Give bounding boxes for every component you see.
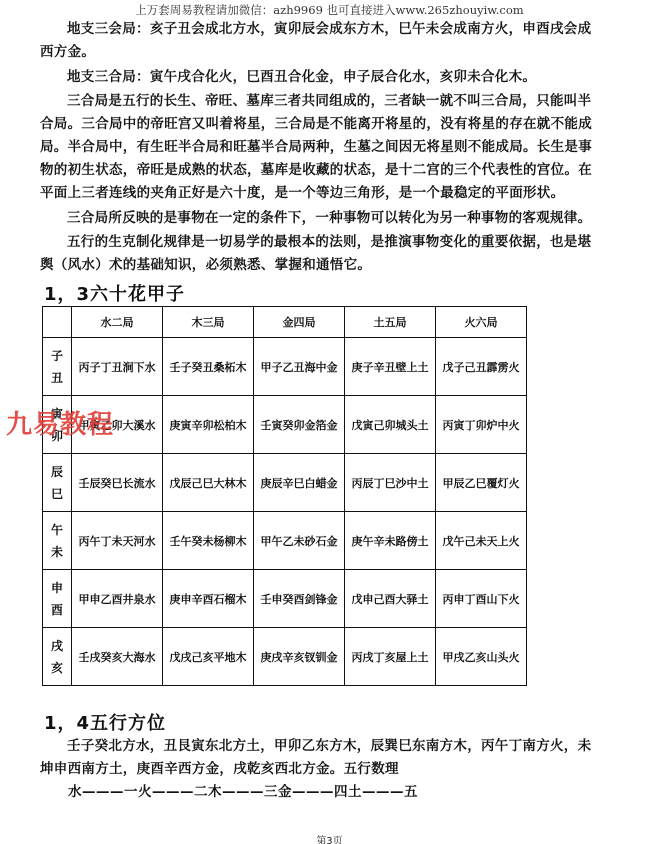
header-corner <box>43 307 72 338</box>
table-cell: 戊子己丑霹雳火 <box>436 338 527 396</box>
table-cell: 庚子辛丑壁上土 <box>345 338 436 396</box>
table-cell: 庚午辛未路傍土 <box>345 512 436 570</box>
table-cell: 丙戌丁亥屋上土 <box>345 628 436 686</box>
sanhui-paragraph: 地支三会局：亥子丑会成北方水，寅卯辰会成东方木，巳午未会成南方火，申酉戌会成西方… <box>40 18 600 64</box>
table-cell: 壬戌癸亥大海水 <box>72 628 163 686</box>
header-metal: 金四局 <box>254 307 345 338</box>
table-cell: 丙申丁酉山下火 <box>436 570 527 628</box>
nayin-table: 水二局 木三局 金四局 土五局 火六局 子丑 丙子丁丑涧下水 壬子癸丑桑柘木 甲… <box>42 306 527 686</box>
table-cell: 丙午丁未天河水 <box>72 512 163 570</box>
branch-label: 申酉 <box>43 570 72 628</box>
table-cell: 壬寅癸卯金箔金 <box>254 396 345 454</box>
table-cell: 戊申己酉大驿土 <box>345 570 436 628</box>
table-cell: 庚申辛酉石榴木 <box>163 570 254 628</box>
transformation-paragraph: 三合局所反映的是事物在一定的条件下，一种事物可以转化为另一种事物的客观规律。 <box>40 207 600 230</box>
table-row: 子丑 丙子丁丑涧下水 壬子癸丑桑柘木 甲子乙丑海中金 庚子辛丑壁上土 戊子己丑霹… <box>43 338 527 396</box>
table-row: 午未 丙午丁未天河水 壬午癸未杨柳木 甲午乙未砂石金 庚午辛未路傍土 戊午己未天… <box>43 512 527 570</box>
branch-label: 子丑 <box>43 338 72 396</box>
table-cell: 戊寅己卯城头土 <box>345 396 436 454</box>
table-cell: 庚戌辛亥钗钏金 <box>254 628 345 686</box>
table-cell: 戊辰己巳大林木 <box>163 454 254 512</box>
logo-watermark: 九易教程 <box>6 404 114 441</box>
table-cell: 壬午癸未杨柳木 <box>163 512 254 570</box>
section-title-liushi-jiazi: 1，3六十花甲子 <box>44 280 185 306</box>
header-water: 水二局 <box>72 307 163 338</box>
header-fire: 火六局 <box>436 307 527 338</box>
table-cell: 戊戌己亥平地木 <box>163 628 254 686</box>
page-number: 第3页 <box>0 832 659 844</box>
branch-label: 戌亥 <box>43 628 72 686</box>
branch-label: 午未 <box>43 512 72 570</box>
table-row: 寅卯 甲寅乙卯大溪水 庚寅辛卯松柏木 壬寅癸卯金箔金 戊寅己卯城头土 丙寅丁卯炉… <box>43 396 527 454</box>
section-title-wuxing-fangwei: 1，4五行方位 <box>44 709 166 735</box>
table-cell: 甲申乙酉井泉水 <box>72 570 163 628</box>
table-cell: 甲辰乙巳覆灯火 <box>436 454 527 512</box>
table-cell: 丙子丁丑涧下水 <box>72 338 163 396</box>
table-cell: 庚寅辛卯松柏木 <box>163 396 254 454</box>
sanhui-label: 地支三会局： <box>67 21 150 37</box>
wuxing-direction-paragraph: 壬子癸北方水，丑艮寅东北方土，甲卯乙东方木，辰巽巳东南方木，丙午丁南方火，未坤申… <box>40 735 600 781</box>
table-cell: 壬辰癸巳长流水 <box>72 454 163 512</box>
wuxing-paragraph: 五行的生克制化规律是一切易学的最根本的法则，是推演事物变化的重要依据，也是堪舆（… <box>40 231 600 277</box>
header-earth: 土五局 <box>345 307 436 338</box>
table-cell: 甲午乙未砂石金 <box>254 512 345 570</box>
table-row: 戌亥 壬戌癸亥大海水 戊戌己亥平地木 庚戌辛亥钗钏金 丙戌丁亥屋上土 甲戌乙亥山… <box>43 628 527 686</box>
table-cell: 壬子癸丑桑柘木 <box>163 338 254 396</box>
branch-label: 辰巳 <box>43 454 72 512</box>
table-cell: 丙辰丁巳沙中土 <box>345 454 436 512</box>
table-row: 申酉 甲申乙酉井泉水 庚申辛酉石榴木 壬申癸酉剑锋金 戊申己酉大驿土 丙申丁酉山… <box>43 570 527 628</box>
table-cell: 庚辰辛巳白蜡金 <box>254 454 345 512</box>
table-cell: 壬申癸酉剑锋金 <box>254 570 345 628</box>
sanhe-explanation: 三合局是五行的长生、帝旺、墓库三者共同组成的，三者缺一就不叫三合局，只能叫半合局… <box>40 90 600 205</box>
sanhe-text: 寅午戌合化火，巳酉丑合化金，申子辰合化水，亥卯未合化木。 <box>150 69 536 85</box>
sanhe-label: 地支三合局： <box>67 69 150 85</box>
sanhe-paragraph: 地支三合局：寅午戌合化火，巳酉丑合化金，申子辰合化水，亥卯未合化木。 <box>40 66 600 89</box>
wuxing-numbers: 水———一火———二木———三金———四土———五 <box>68 780 418 800</box>
header-watermark: 上万套周易教程请加微信：azh9969 也可直接进入www.265zhouyiw… <box>0 2 659 18</box>
table-cell: 甲戌乙亥山头火 <box>436 628 527 686</box>
table-header-row: 水二局 木三局 金四局 土五局 火六局 <box>43 307 527 338</box>
table-row: 辰巳 壬辰癸巳长流水 戊辰己巳大林木 庚辰辛巳白蜡金 丙辰丁巳沙中土 甲辰乙巳覆… <box>43 454 527 512</box>
header-wood: 木三局 <box>163 307 254 338</box>
table-cell: 戊午己未天上火 <box>436 512 527 570</box>
table-cell: 丙寅丁卯炉中火 <box>436 396 527 454</box>
table-cell: 甲子乙丑海中金 <box>254 338 345 396</box>
